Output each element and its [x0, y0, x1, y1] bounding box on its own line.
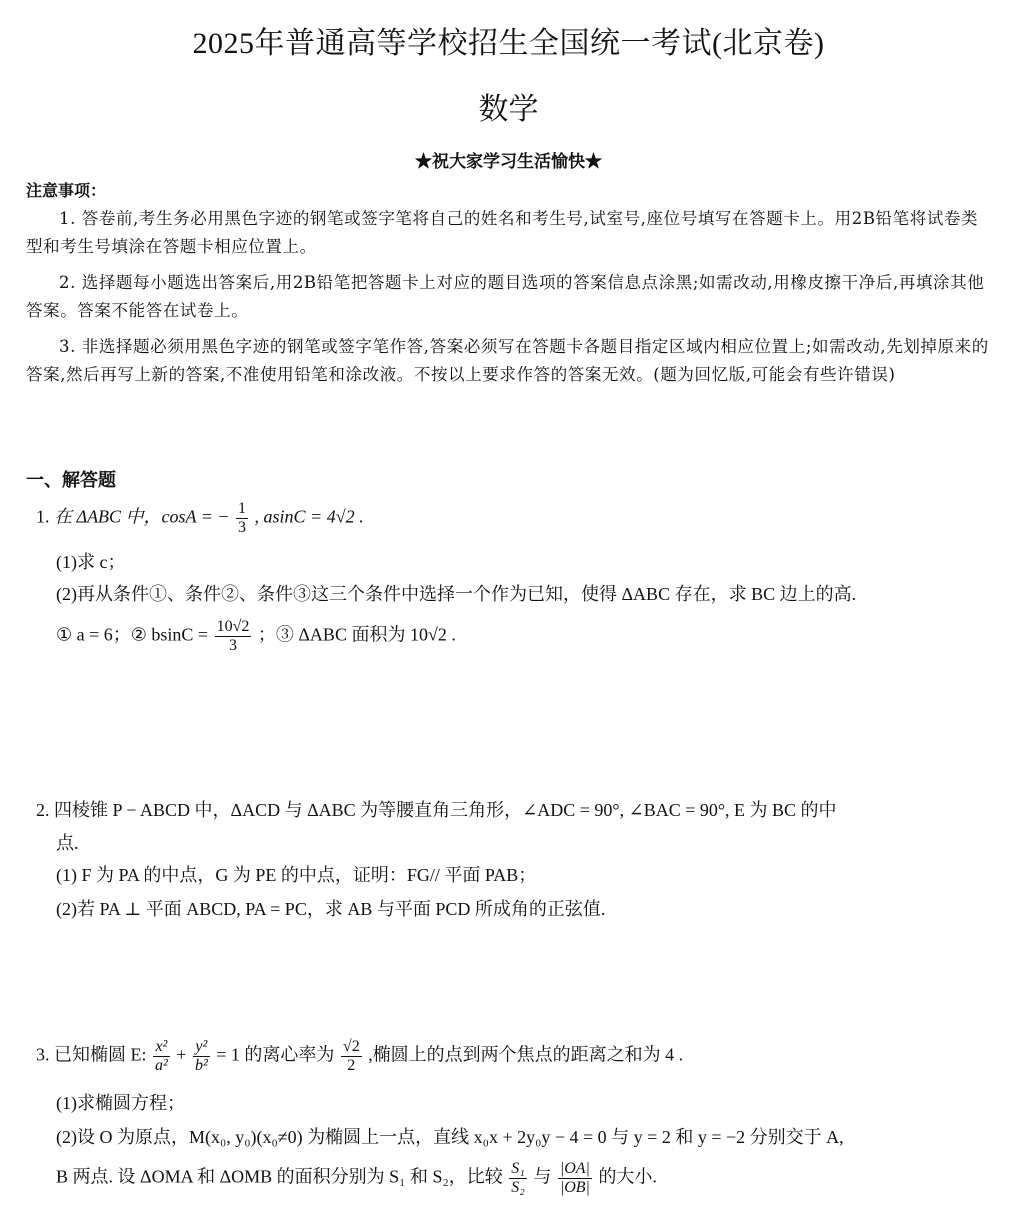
fraction: 10√2 3	[215, 618, 252, 655]
fraction: x² a²	[153, 1038, 170, 1075]
question-2-stem: 2. 四棱锥 P − ABCD 中，ΔACD 与 ΔABC 为等腰直角三角形，∠…	[36, 795, 837, 825]
question-3-part-1: (1)求椭圆方程；	[56, 1088, 185, 1118]
fraction: y² b²	[193, 1038, 210, 1075]
notice-item-3: 3. 非选择题必须用黑色字迹的钢笔或签字笔作答,答案必须写在答题卡各题目指定区域…	[26, 333, 992, 389]
wish-line: ★祝大家学习生活愉快★	[0, 147, 1017, 172]
fraction: |OA| |OB|	[558, 1160, 592, 1197]
question-2-stem-cont: 点.	[56, 828, 79, 858]
question-1-part-1: (1)求 c；	[56, 547, 125, 577]
question-1-stem: 1. 在 ΔABC 中，cosA = − 1 3 , asinC = 4√2 .	[36, 500, 364, 537]
question-3-part-2: (2)设 O 为原点，M(x₀, y₀)(x₀≠0) 为椭圆上一点，直线 x₀x…	[56, 1122, 844, 1152]
question-number: 1.	[36, 507, 50, 527]
fraction: S₁ S₂	[509, 1160, 527, 1197]
question-number: 2.	[36, 800, 50, 820]
exam-title: 2025年普通高等学校招生全国统一考试(北京卷)	[0, 18, 1017, 62]
notice-item-2: 2. 选择题每小题选出答案后,用2B铅笔把答题卡上对应的题目选项的答案信息点涂黑…	[26, 269, 992, 325]
notice-heading: 注意事项：	[26, 178, 106, 201]
question-1-conditions: ① a = 6；② bsinC = 10√2 3 ；③ ΔABC 面积为 10√…	[56, 618, 456, 655]
fraction: 1 3	[236, 500, 248, 537]
notice-item-1: 1. 答卷前,考生务必用黑色字迹的钢笔或签字笔将自己的姓名和考生号,试室号,座位…	[26, 205, 992, 261]
section-heading: 一、解答题	[26, 466, 116, 492]
fraction: √2 2	[341, 1038, 362, 1075]
question-2-part-2: (2)若 PA ⊥ 平面 ABCD, PA = PC，求 AB 与平面 PCD …	[56, 894, 605, 924]
question-2-part-1: (1) F 为 PA 的中点，G 为 PE 的中点，证明：FG// 平面 PAB…	[56, 860, 536, 890]
question-3-part-2-cont: B 两点. 设 ΔOMA 和 ΔOMB 的面积分别为 S₁ 和 S₂，比较 S₁…	[56, 1160, 657, 1197]
question-1-part-2: (2)再从条件①、条件②、条件③这三个条件中选择一个作为已知，使得 ΔABC 存…	[56, 579, 856, 609]
subject-title: 数学	[0, 84, 1017, 128]
question-number: 3.	[36, 1045, 50, 1065]
question-3-stem: 3. 已知椭圆 E: x² a² + y² b² = 1 的离心率为 √2 2 …	[36, 1038, 683, 1075]
